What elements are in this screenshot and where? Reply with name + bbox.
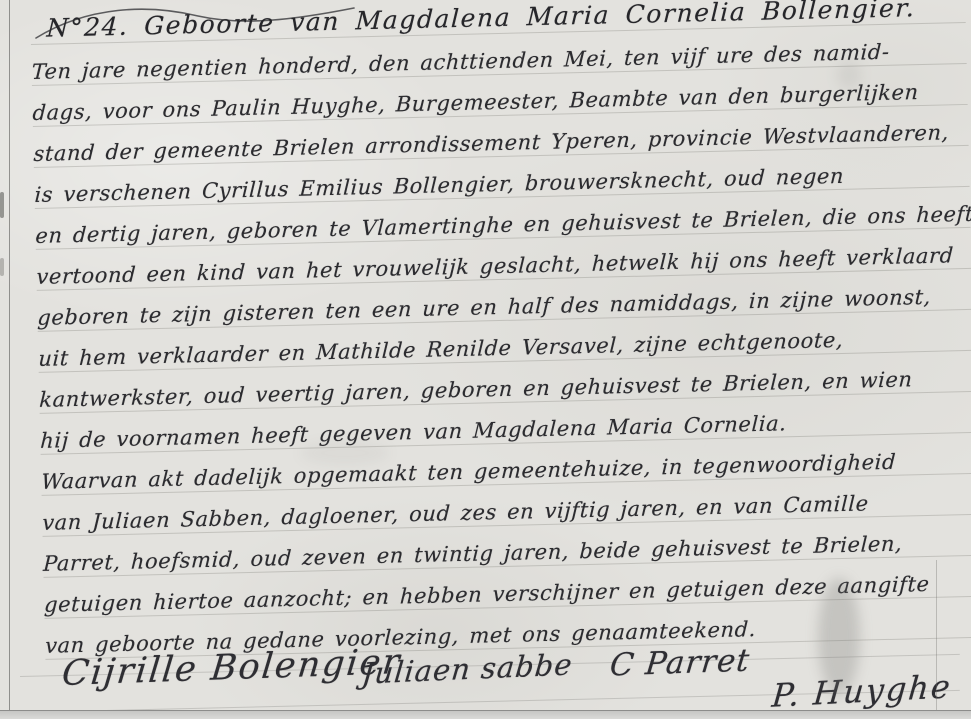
signature-text: P. Huyghe <box>770 667 953 715</box>
signature-officer-huyghe: P. Huyghe <box>771 667 953 714</box>
scan-smudge <box>818 578 860 696</box>
scan-bottom-edge <box>0 710 971 719</box>
scanned-document-page: N°24. Geboorte van Magdalena Maria Corne… <box>0 0 971 719</box>
scan-edge-mark <box>0 192 4 218</box>
scan-smudge <box>300 440 390 466</box>
signature-text: C Parret <box>608 642 752 683</box>
manuscript-text-block: N°24. Geboorte van Magdalena Maria Corne… <box>30 0 971 660</box>
scan-smudge <box>836 60 862 90</box>
scan-edge-mark <box>0 258 4 276</box>
paper-fold-line <box>936 560 937 715</box>
left-margin-rule <box>9 0 10 719</box>
signature-witness-parret: C Parret <box>609 643 750 684</box>
